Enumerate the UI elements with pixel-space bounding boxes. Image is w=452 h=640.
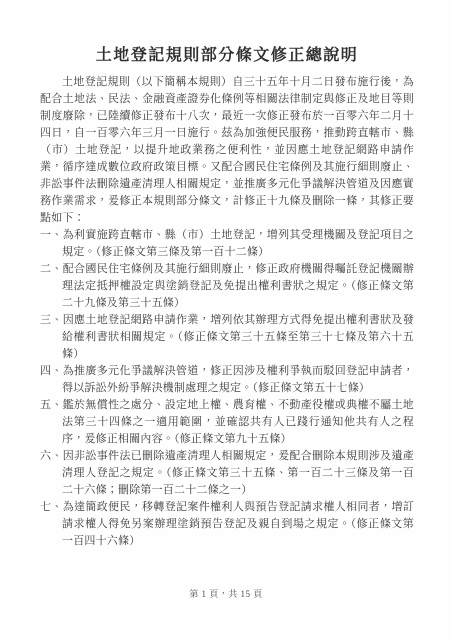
amendment-item-4: 四、為推廣多元化爭議解決管道，修正因涉及權利爭執而駁回登記申請者，得以訴訟外紛爭…: [40, 363, 414, 397]
item-number: 三、: [40, 314, 63, 326]
item-text: 因非訟事件法已刪除遺產清理人相關規定，爰配合刪除本規則涉及遺產清理人登記之規定。…: [62, 450, 414, 496]
page-footer: 第 1 頁，共 15 頁: [0, 587, 452, 600]
amendment-item-2: 二、配合國民住宅條例及其施行細則廢止，修正政府機關得囑託登記機關辦理法定抵押權設…: [40, 261, 414, 312]
item-number: 六、: [40, 450, 63, 462]
item-text: 鑑於無償性之處分、設定地上權、農育權、不動產役權或典權不屬土地法第三十四條之一適…: [62, 399, 414, 445]
document-page: 土地登記規則部分條文修正總說明 土地登記規則（以下簡稱本規則）自三十五年十月二日…: [0, 0, 452, 640]
document-title: 土地登記規則部分條文修正總說明: [40, 44, 414, 68]
amendment-item-5: 五、鑑於無償性之處分、設定地上權、農育權、不動產役權或典權不屬土地法第三十四條之…: [40, 397, 414, 448]
item-number: 七、: [40, 501, 63, 513]
item-text: 因應土地登記網路申請作業，增列依其辦理方式得免提出權利書狀及發給權利書狀相關規定…: [62, 314, 414, 360]
amendment-items: 一、為利實施跨直轄市、縣（市）土地登記，增列其受理機關及登記項目之規定。（修正條…: [40, 227, 414, 550]
item-number: 一、: [40, 229, 63, 241]
amendment-item-3: 三、因應土地登記網路申請作業，增列依其辦理方式得免提出權利書狀及發給權利書狀相關…: [40, 312, 414, 363]
item-number: 四、: [40, 365, 63, 377]
amendment-item-7: 七、為達簡政便民，移轉登記案件權利人與預告登記請求權人相同者，增訂請求權人得免另…: [40, 499, 414, 550]
item-number: 二、: [40, 263, 63, 275]
item-text: 為推廣多元化爭議解決管道，修正因涉及權利爭執而駁回登記申請者，得以訴訟外紛爭解決…: [62, 365, 414, 394]
amendment-item-1: 一、為利實施跨直轄市、縣（市）土地登記，增列其受理機關及登記項目之規定。（修正條…: [40, 227, 414, 261]
item-text: 為利實施跨直轄市、縣（市）土地登記，增列其受理機關及登記項目之規定。（修正條文第…: [62, 229, 414, 258]
intro-paragraph: 土地登記規則（以下簡稱本規則）自三十五年十月二日發布施行後，為配合土地法、民法、…: [40, 74, 414, 227]
item-text: 為達簡政便民，移轉登記案件權利人與預告登記請求權人相同者，增訂請求權人得免另案辦…: [62, 501, 414, 547]
item-text: 配合國民住宅條例及其施行細則廢止，修正政府機關得囑託登記機關辦理法定抵押權設定與…: [62, 263, 414, 309]
amendment-item-6: 六、因非訟事件法已刪除遺產清理人相關規定，爰配合刪除本規則涉及遺產清理人登記之規…: [40, 448, 414, 499]
item-number: 五、: [40, 399, 63, 411]
